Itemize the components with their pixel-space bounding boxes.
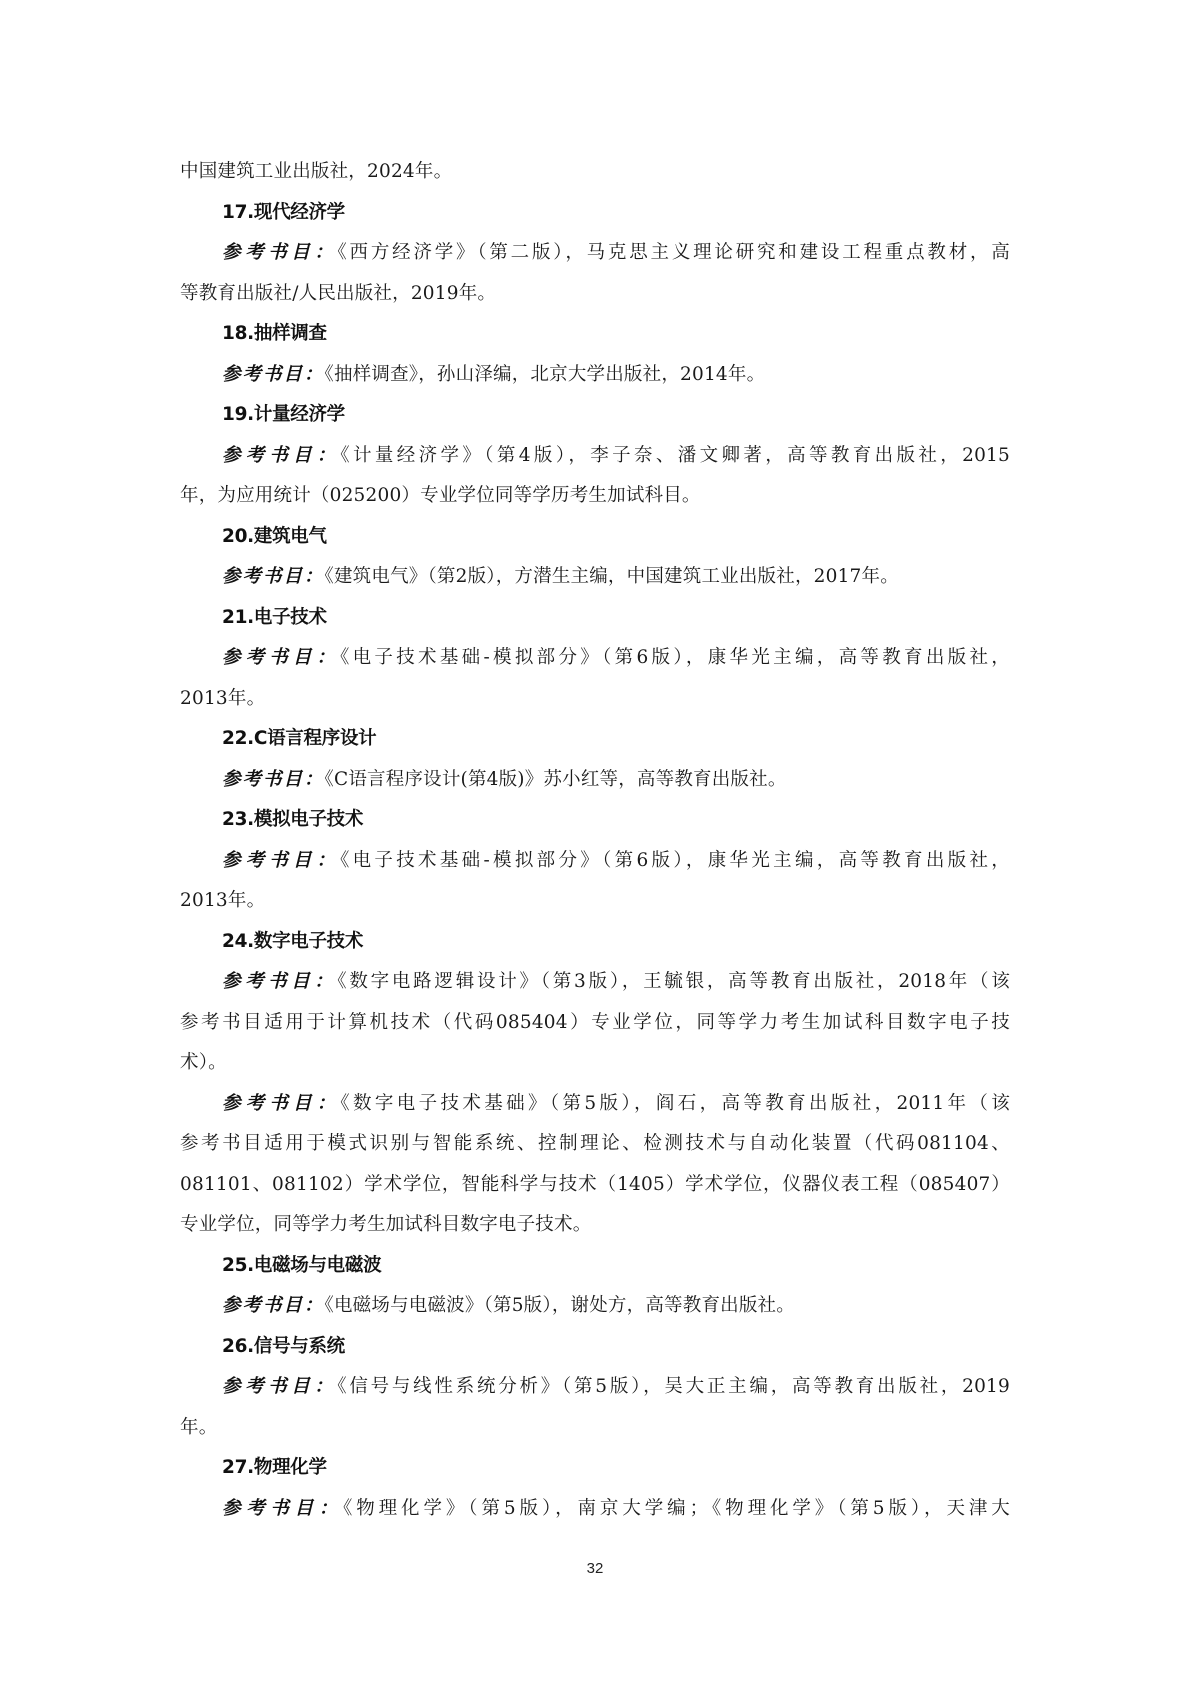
section-heading-19: 19.计量经济学 (180, 395, 1010, 436)
reference-line: 专业学位，同等学力考生加试科目数字电子技术。 (180, 1205, 1010, 1246)
section-heading-23: 23.模拟电子技术 (180, 800, 1010, 841)
reference-line: 参考书目：《物理化学》（第5版），南京大学编；《物理化学》（第5版），天津大 (180, 1489, 1010, 1530)
ref-label: 参考书目： (222, 971, 337, 992)
reference-line: 等教育出版社/人民出版社，2019年。 (180, 274, 1010, 315)
body-text: 2013年。 (180, 890, 265, 911)
reference-line: 参考书目：《电子技术基础-模拟部分》（第6版），康华光主编，高等教育出版社， (180, 841, 1010, 882)
body-text: 术）。 (180, 1052, 227, 1073)
reference-line: 参考书目：《C语言程序设计(第4版)》苏小红等，高等教育出版社。 (180, 760, 1010, 801)
reference-line: 术）。 (180, 1043, 1010, 1084)
body-text: 《电子技术基础-模拟部分》（第6版），康华光主编，高等教育出版社， (340, 850, 1010, 871)
reference-line: 参考书目：《电子技术基础-模拟部分》（第6版），康华光主编，高等教育出版社， (180, 638, 1010, 679)
body-text: 081101、081102）学术学位，智能科学与技术（1405）学术学位，仪器仪… (180, 1165, 1010, 1206)
ref-label: 参考书目： (222, 850, 340, 871)
section-heading-27: 27.物理化学 (180, 1448, 1010, 1489)
body-text: 《抽样调查》，孙山泽编，北京大学出版社，2014年。 (325, 364, 766, 385)
reference-line: 参考书目适用于计算机技术（代码085404）专业学位，同等学力考生加试科目数字电… (180, 1003, 1010, 1044)
ref-label: 参考书目： (222, 1376, 337, 1397)
ref-label: 参考书目： (222, 566, 325, 587)
continuation-line: 中国建筑工业出版社，2024年。 (180, 152, 1010, 193)
reference-line: 参考书目：《计量经济学》（第4版），李子奈、潘文卿著，高等教育出版社，2015 (180, 436, 1010, 477)
reference-line: 参考书目：《抽样调查》，孙山泽编，北京大学出版社，2014年。 (180, 355, 1010, 396)
body-text: 专业学位，同等学力考生加试科目数字电子技术。 (180, 1214, 591, 1235)
body-text: 《电子技术基础-模拟部分》（第6版），康华光主编，高等教育出版社， (340, 647, 1010, 668)
body-text: 《数字电子技术基础》（第5版），阎石，高等教育出版社，2011年（该 (340, 1093, 1010, 1114)
body-text: 《电磁场与电磁波》（第5版），谢处方，高等教育出版社。 (325, 1295, 795, 1316)
ref-label: 参考书目： (222, 445, 340, 466)
ref-label: 参考书目： (222, 1498, 343, 1519)
body-text: 《西方经济学》（第二版），马克思主义理论研究和建设工程重点教材，高 (338, 242, 1011, 263)
reference-line: 参考书目：《西方经济学》（第二版），马克思主义理论研究和建设工程重点教材，高 (180, 233, 1010, 274)
section-heading-25: 25.电磁场与电磁波 (180, 1246, 1010, 1287)
reference-line: 参考书目：《数字电路逻辑设计》（第3版），王毓银，高等教育出版社，2018年（该 (180, 962, 1010, 1003)
section-heading-24: 24.数字电子技术 (180, 922, 1010, 963)
body-text: 《计量经济学》（第4版），李子奈、潘文卿著，高等教育出版社，2015 (340, 445, 1010, 466)
ref-label: 参考书目： (222, 647, 340, 668)
body-text: 中国建筑工业出版社，2024年。 (180, 161, 452, 182)
body-text: 参考书目适用于模式识别与智能系统、控制理论、检测技术与自动化装置（代码08110… (180, 1124, 1010, 1165)
section-heading-26: 26.信号与系统 (180, 1327, 1010, 1368)
body-text: 《建筑电气》（第2版），方潜生主编，中国建筑工业出版社，2017年。 (325, 566, 899, 587)
section-heading-17: 17.现代经济学 (180, 193, 1010, 234)
section-heading-21: 21.电子技术 (180, 598, 1010, 639)
ref-label: 参考书目： (222, 769, 325, 790)
reference-line: 2013年。 (180, 881, 1010, 922)
reference-line: 参考书目适用于模式识别与智能系统、控制理论、检测技术与自动化装置（代码08110… (180, 1124, 1010, 1165)
body-text: 参考书目适用于计算机技术（代码085404）专业学位，同等学力考生加试科目数字电… (180, 1003, 1010, 1044)
page-body: 中国建筑工业出版社，2024年。 17.现代经济学 参考书目：《西方经济学》（第… (180, 152, 1010, 1529)
section-heading-20: 20.建筑电气 (180, 517, 1010, 558)
ref-label: 参考书目： (222, 1295, 325, 1316)
ref-label: 参考书目： (222, 1093, 340, 1114)
section-heading-18: 18.抽样调查 (180, 314, 1010, 355)
body-text: 《C语言程序设计(第4版)》苏小红等，高等教育出版社。 (325, 769, 787, 790)
reference-line: 081101、081102）学术学位，智能科学与技术（1405）学术学位，仪器仪… (180, 1165, 1010, 1206)
reference-line: 参考书目：《信号与线性系统分析》（第5版），吴大正主编，高等教育出版社，2019 (180, 1367, 1010, 1408)
page-number: 32 (0, 1560, 1190, 1577)
body-text: 《物理化学》（第5版），南京大学编；《物理化学》（第5版），天津大 (343, 1498, 1010, 1519)
body-text: 2013年。 (180, 688, 265, 709)
ref-label: 参考书目： (222, 364, 325, 385)
reference-line: 参考书目：《电磁场与电磁波》（第5版），谢处方，高等教育出版社。 (180, 1286, 1010, 1327)
reference-line: 年。 (180, 1408, 1010, 1449)
body-text: 《信号与线性系统分析》（第5版），吴大正主编，高等教育出版社，2019 (337, 1376, 1010, 1397)
reference-line: 参考书目：《数字电子技术基础》（第5版），阎石，高等教育出版社，2011年（该 (180, 1084, 1010, 1125)
body-text: 《数字电路逻辑设计》（第3版），王毓银，高等教育出版社，2018年（该 (337, 971, 1010, 992)
body-text: 年。 (180, 1417, 217, 1438)
reference-line: 年，为应用统计（025200）专业学位同等学历考生加试科目。 (180, 476, 1010, 517)
body-text: 等教育出版社/人民出版社，2019年。 (180, 283, 496, 304)
reference-line: 参考书目：《建筑电气》（第2版），方潜生主编，中国建筑工业出版社，2017年。 (180, 557, 1010, 598)
section-heading-22: 22.C语言程序设计 (180, 719, 1010, 760)
reference-line: 2013年。 (180, 679, 1010, 720)
ref-label: 参考书目： (222, 242, 338, 263)
document-page: 中国建筑工业出版社，2024年。 17.现代经济学 参考书目：《西方经济学》（第… (0, 0, 1190, 1683)
body-text: 年，为应用统计（025200）专业学位同等学历考生加试科目。 (180, 485, 701, 506)
